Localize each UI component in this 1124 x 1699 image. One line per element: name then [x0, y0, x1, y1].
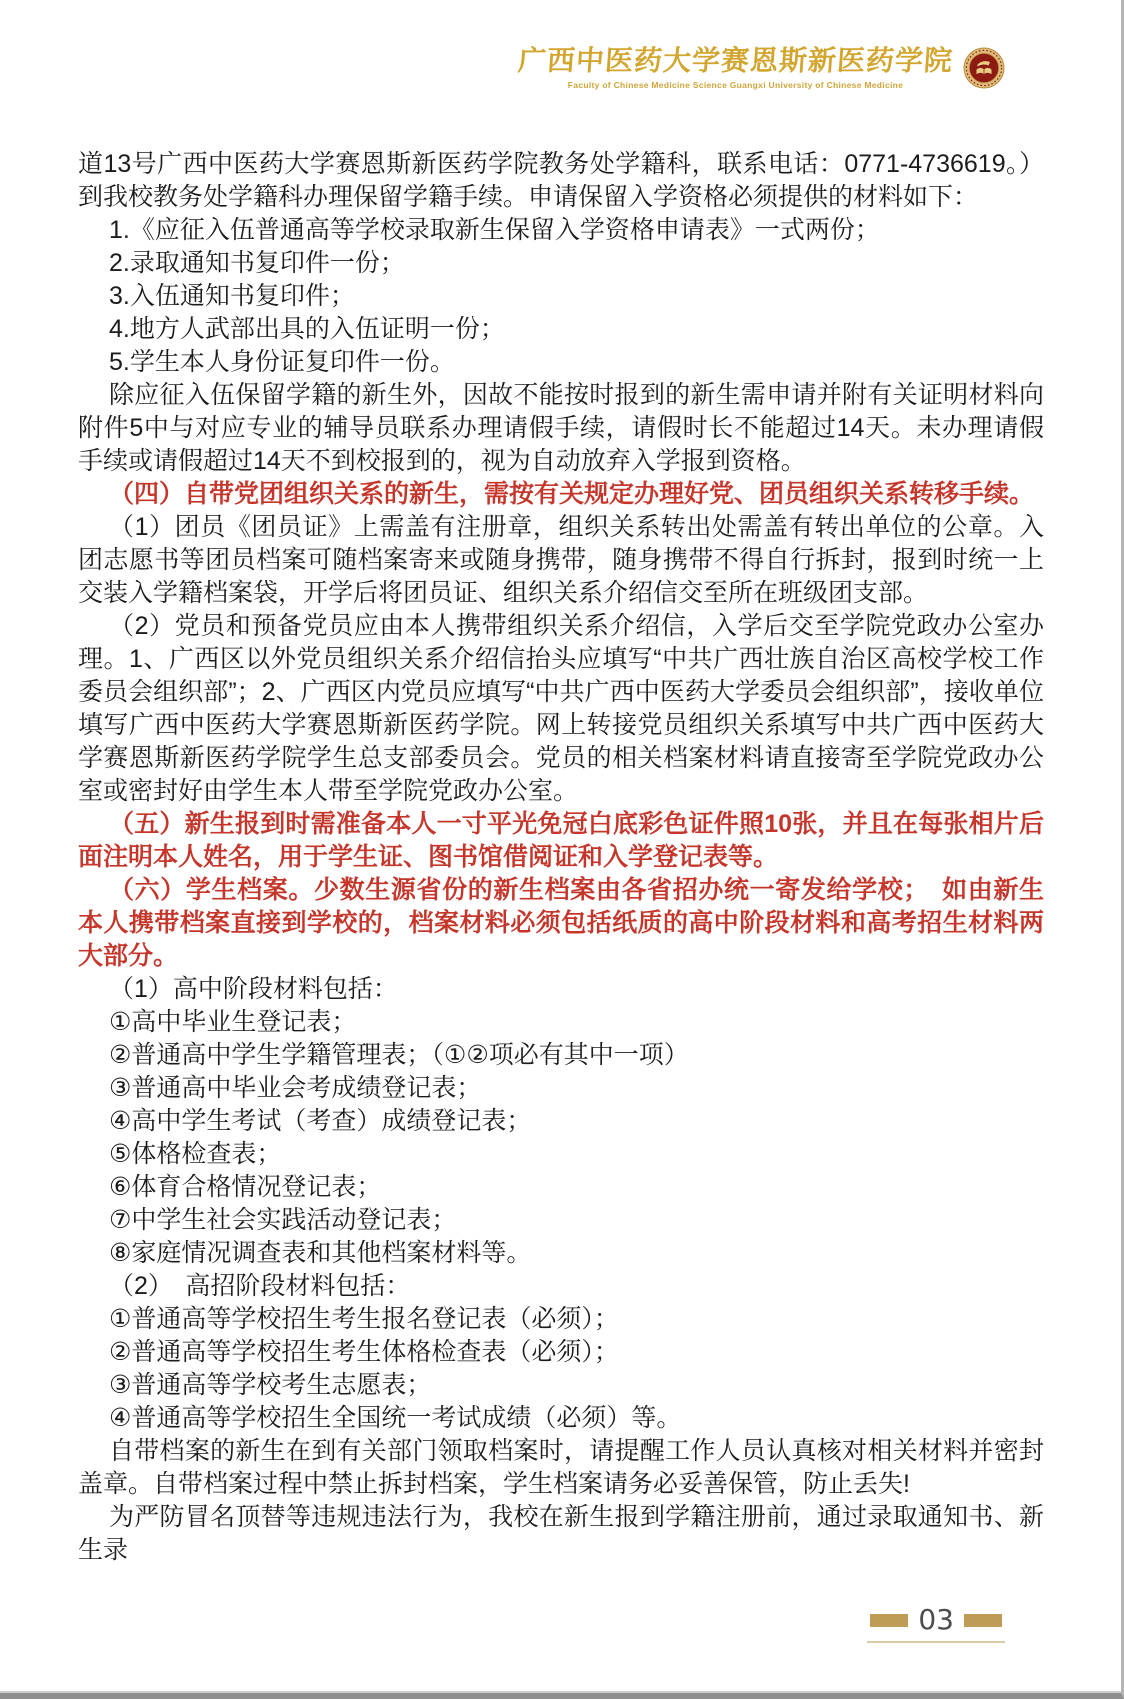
paragraph: 道13号广西中医药大学赛恩斯新医药学院教务处学籍科，联系电话：0771-4736…: [78, 148, 1044, 214]
list-item: ④普通高等学校招生全国统一考试成绩（必须）等。: [78, 1402, 1044, 1435]
list-item: ③普通高中毕业会考成绩登记表；: [78, 1072, 1044, 1105]
section-heading-5: （五）新生报到时需准备本人一寸平光免冠白底彩色证件照10张，并且在每张相片后面注…: [78, 808, 1044, 874]
list-item: 1.《应征入伍普通高等学校录取新生保留入学资格申请表》一式两份；: [78, 214, 1044, 247]
paragraph: 自带档案的新生在到有关部门领取档案时，请提醒工作人员认真核对相关材料并密封盖章。…: [78, 1435, 1044, 1501]
list-item: ⑤体格检查表；: [78, 1138, 1044, 1171]
list-item: ⑦中学生社会实践活动登记表；: [78, 1204, 1044, 1237]
section-heading-6: （六）学生档案。少数生源省份的新生档案由各省招办统一寄发给学校； 如由新生本人携…: [78, 874, 1044, 973]
document-body: 道13号广西中医药大学赛恩斯新医药学院教务处学籍科，联系电话：0771-4736…: [78, 148, 1044, 1567]
document-page: 广西中医药大学赛恩斯新医药学院 Faculty of Chinese Medic…: [0, 0, 1124, 1699]
page-number-bar-left: [870, 1614, 908, 1627]
paragraph: 除应征入伍保留学籍的新生外，因故不能按时报到的新生需申请并附有关证明材料向附件5…: [78, 379, 1044, 478]
list-item: 2.录取通知书复印件一份；: [78, 247, 1044, 280]
list-item: ⑧家庭情况调查表和其他档案材料等。: [78, 1237, 1044, 1270]
list-item: ⑥体育合格情况登记表；: [78, 1171, 1044, 1204]
section-heading-4: （四）自带党团组织关系的新生，需按有关规定办理好党、团员组织关系转移手续。: [78, 478, 1044, 511]
paragraph: 为严防冒名顶替等违规违法行为，我校在新生报到学籍注册前，通过录取通知书、新生录: [78, 1501, 1044, 1567]
school-name-english: Faculty of Chinese Medicine Science Guan…: [518, 80, 953, 90]
page-number: 03: [867, 1606, 1005, 1643]
sub-heading: （2） 高招阶段材料包括：: [78, 1270, 1044, 1303]
sub-heading: （1）高中阶段材料包括：: [78, 973, 1044, 1006]
page-number-value: 03: [918, 1606, 954, 1634]
university-seal-icon: [963, 47, 1005, 89]
list-item: 5.学生本人身份证复印件一份。: [78, 346, 1044, 379]
list-item: 4.地方人武部出具的入伍证明一份；: [78, 313, 1044, 346]
page-header: 广西中医药大学赛恩斯新医药学院 Faculty of Chinese Medic…: [518, 46, 1005, 90]
list-item: ②普通高中学生学籍管理表；（①②项必有其中一项）: [78, 1039, 1044, 1072]
paragraph: （1）团员《团员证》上需盖有注册章，组织关系转出处需盖有转出单位的公章。入团志愿…: [78, 511, 1044, 610]
list-item: ①高中毕业生登记表；: [78, 1006, 1044, 1039]
list-item: 3.入伍通知书复印件；: [78, 280, 1044, 313]
page-number-bar-right: [964, 1614, 1002, 1627]
school-name-block: 广西中医药大学赛恩斯新医药学院 Faculty of Chinese Medic…: [518, 46, 953, 90]
school-name-chinese: 广西中医药大学赛恩斯新医药学院: [517, 46, 954, 77]
list-item: ④高中学生考试（考查）成绩登记表；: [78, 1105, 1044, 1138]
paragraph: （2）党员和预备党员应由本人携带组织关系介绍信，入学后交至学院党政办公室办理。1…: [78, 610, 1044, 808]
list-item: ③普通高等学校考生志愿表；: [78, 1369, 1044, 1402]
list-item: ②普通高等学校招生考生体格检查表（必须）；: [78, 1336, 1044, 1369]
list-item: ①普通高等学校招生考生报名登记表（必须）；: [78, 1303, 1044, 1336]
